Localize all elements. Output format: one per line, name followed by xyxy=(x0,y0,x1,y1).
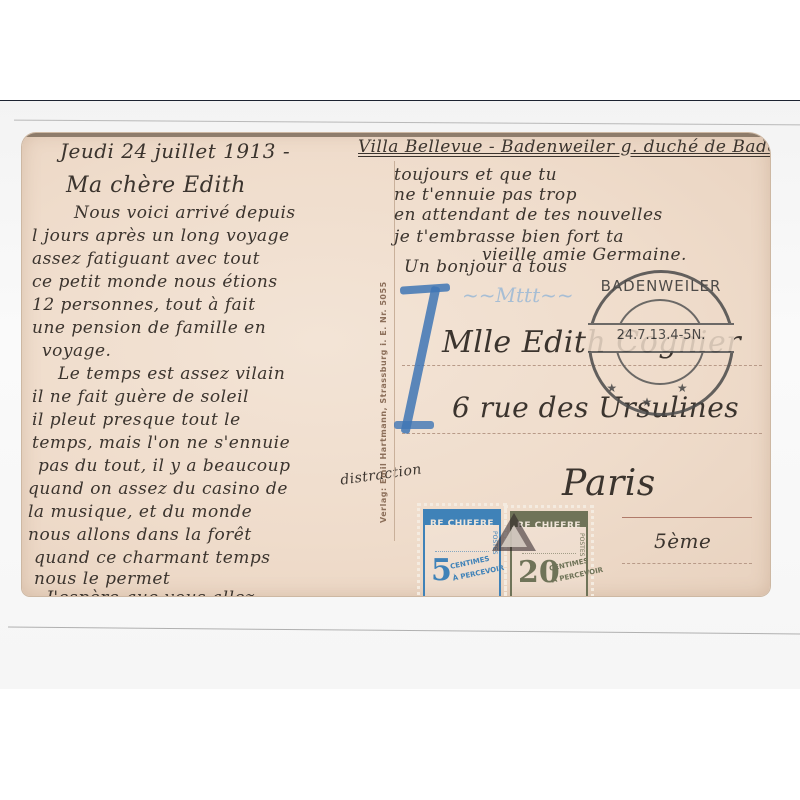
message-line: quand on assez du casino de xyxy=(28,479,288,499)
message-line: une pension de famille en xyxy=(32,318,266,338)
header-place: Villa Bellevue - Badenweiler g. duché de… xyxy=(358,137,770,157)
message-line: il pleut presque tout le xyxy=(32,410,241,430)
message-line: il ne fait guère de soleil xyxy=(32,387,249,407)
triangle-cancel-mark-icon xyxy=(492,513,536,551)
printer-imprint: Verlag: Emil Hartmann, Strassburg i. E. … xyxy=(379,281,388,523)
message-line: nous allons dans la forêt xyxy=(28,525,252,545)
message-line: quand ce charmant temps xyxy=(34,548,270,568)
message-line-right: je t'embrasse bien fort ta xyxy=(394,227,624,247)
message-line: temps, mais l'on ne s'ennuie xyxy=(32,433,290,453)
postmark-date: 24.7.13.4-5N. xyxy=(591,328,731,343)
stamp-value: 5 xyxy=(431,553,452,588)
badenweiler-postmark: BADENWEILER 24.7.13.4-5N. ★ ★ ★ xyxy=(588,270,734,416)
message-line: J'espère que vous allez xyxy=(46,588,255,596)
postmark-stars-icon: ★ ★ ★ xyxy=(591,381,731,409)
message-line: la musique, et du monde xyxy=(28,502,252,522)
message-line: ce petit monde nous étions xyxy=(32,272,278,292)
message-line-right: toujours et que tu xyxy=(394,165,557,185)
message-line: pas du tout, il y a beaucoup xyxy=(38,456,290,476)
message-line: 12 personnes, tout à fait xyxy=(32,295,256,315)
salutation: Ma chère Edith xyxy=(66,173,246,198)
city: Paris xyxy=(562,463,656,504)
message-line-right: en attendant de tes nouvelles xyxy=(394,205,663,225)
postcard: Jeudi 24 juillet 1913 - Villa Bellevue -… xyxy=(22,133,770,596)
message-line: voyage. xyxy=(42,341,111,361)
dateline: Jeudi 24 juillet 1913 - xyxy=(60,139,290,163)
message-line: l jours après un long voyage xyxy=(32,226,290,246)
district: 5ème xyxy=(654,529,711,553)
address-line-4 xyxy=(622,563,752,564)
message-line: nous le permet xyxy=(34,569,170,589)
message-line: Le temps est assez vilain xyxy=(58,364,285,384)
faint-blue-scribble: ~~Mttt~~ xyxy=(462,283,574,307)
message-line-right: ne t'ennuie pas trop xyxy=(394,185,577,205)
postmark-town: BADENWEILER xyxy=(591,277,731,295)
message-line: Nous voici arrivé depuis xyxy=(74,203,296,223)
message-line: assez fatiguant avec tout xyxy=(32,249,260,269)
address-line-2 xyxy=(402,433,762,434)
address-line-3 xyxy=(622,517,752,518)
